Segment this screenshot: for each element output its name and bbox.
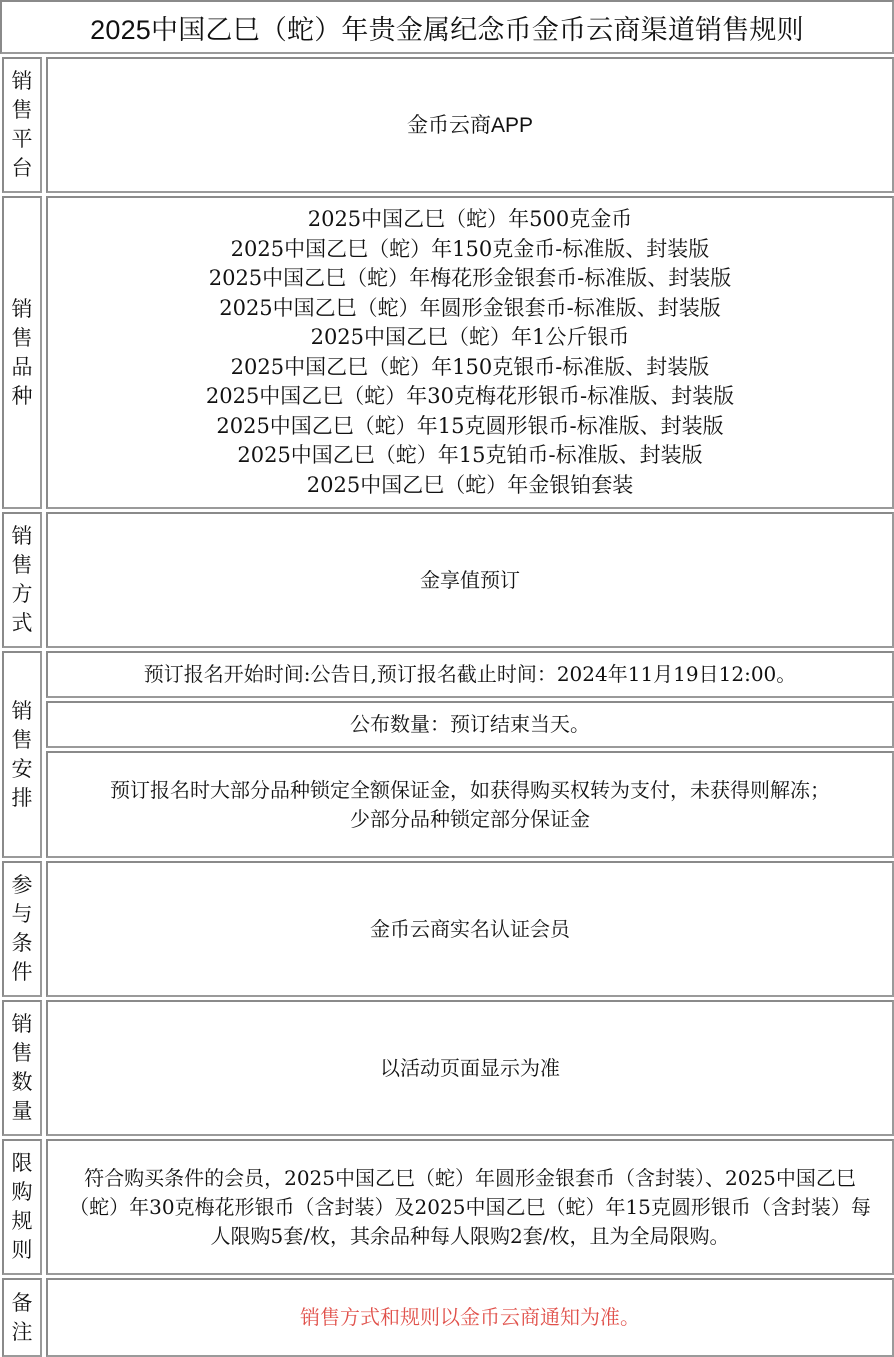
row-label-products: 销 售 品 种: [2, 196, 42, 509]
product-item: 2025中国乙巳（蛇）年15克铂币-标准版、封装版: [237, 441, 702, 471]
remark-value: 销售方式和规则以金币云商通知为准。: [46, 1278, 894, 1357]
eligibility-value: 金币云商实名认证会员: [46, 861, 894, 997]
product-item: 2025中国乙巳（蛇）年150克银币-标准版、封装版: [231, 353, 710, 383]
label-char: 种: [12, 382, 33, 411]
label-char: 销: [12, 67, 33, 96]
product-item: 2025中国乙巳（蛇）年30克梅花形银币-标准版、封装版: [206, 382, 734, 412]
products-cell: 2025中国乙巳（蛇）年500克金币 2025中国乙巳（蛇）年150克金币-标准…: [46, 196, 894, 509]
row-label-remark: 备 注: [2, 1278, 42, 1357]
label-char: 量: [12, 1097, 33, 1126]
label-char: 售: [12, 1039, 33, 1068]
label-char: 注: [12, 1318, 33, 1347]
label-char: 销: [12, 697, 33, 726]
label-char: 数: [12, 1068, 33, 1097]
label-char: 式: [12, 609, 33, 638]
label-char: 平: [12, 125, 33, 154]
label-char: 与: [12, 900, 33, 929]
product-item: 2025中国乙巳（蛇）年圆形金银套币-标准版、封装版: [219, 294, 721, 324]
label-char: 参: [12, 871, 33, 900]
method-value: 金享值预订: [46, 512, 894, 648]
row-label-eligibility: 参 与 条 件: [2, 861, 42, 997]
label-char: 购: [12, 1178, 33, 1207]
product-item: 2025中国乙巳（蛇）年15克圆形银币-标准版、封装版: [216, 412, 723, 442]
label-char: 排: [12, 784, 33, 813]
product-list: 2025中国乙巳（蛇）年500克金币 2025中国乙巳（蛇）年150克金币-标准…: [206, 205, 734, 500]
product-item: 2025中国乙巳（蛇）年150克金币-标准版、封装版: [231, 235, 710, 265]
row-label-arrangement: 销 售 安 排: [2, 651, 42, 858]
row-label-method: 销 售 方 式: [2, 512, 42, 648]
page-title: 2025中国乙巳（蛇）年贵金属纪念币金币云商渠道销售规则: [0, 0, 894, 54]
label-char: 条: [12, 929, 33, 958]
quantity-value: 以活动页面显示为准: [46, 1000, 894, 1136]
deposit-line-2: 少部分品种锁定部分保证金: [350, 805, 590, 834]
label-char: 台: [12, 154, 33, 183]
product-item: 2025中国乙巳（蛇）年1公斤银币: [311, 323, 630, 353]
arrangement-schedule: 预订报名开始时间:公告日,预订报名截止时间：2024年11月19日12:00。: [46, 651, 894, 698]
row-label-quantity: 销 售 数 量: [2, 1000, 42, 1136]
label-char: 销: [12, 295, 33, 324]
row-label-limit: 限 购 规 则: [2, 1139, 42, 1275]
label-char: 品: [12, 353, 33, 382]
platform-value: 金币云商APP: [46, 57, 894, 193]
limit-value: 符合购买条件的会员，2025中国乙巳（蛇）年圆形金银套币（含封装）、2025中国…: [46, 1139, 894, 1275]
deposit-line-1: 预订报名时大部分品种锁定全额保证金，如获得购买权转为支付，未获得则解冻；: [110, 776, 830, 805]
label-char: 则: [12, 1236, 33, 1265]
row-label-platform: 销 售 平 台: [2, 57, 42, 193]
label-char: 规: [12, 1207, 33, 1236]
arrangement-announcement: 公布数量：预订结束当天。: [46, 701, 894, 748]
label-char: 限: [12, 1149, 33, 1178]
label-char: 方: [12, 580, 33, 609]
label-char: 售: [12, 96, 33, 125]
arrangement-deposit: 预订报名时大部分品种锁定全额保证金，如获得购买权转为支付，未获得则解冻； 少部分…: [46, 751, 894, 858]
label-char: 件: [12, 958, 33, 987]
product-item: 2025中国乙巳（蛇）年金银铂套装: [307, 471, 633, 501]
product-item: 2025中国乙巳（蛇）年500克金币: [308, 205, 633, 235]
label-char: 安: [12, 755, 33, 784]
label-char: 备: [12, 1289, 33, 1318]
label-char: 销: [12, 1010, 33, 1039]
label-char: 销: [12, 522, 33, 551]
product-item: 2025中国乙巳（蛇）年梅花形金银套币-标准版、封装版: [209, 264, 732, 294]
label-char: 售: [12, 324, 33, 353]
label-char: 售: [12, 726, 33, 755]
label-char: 售: [12, 551, 33, 580]
